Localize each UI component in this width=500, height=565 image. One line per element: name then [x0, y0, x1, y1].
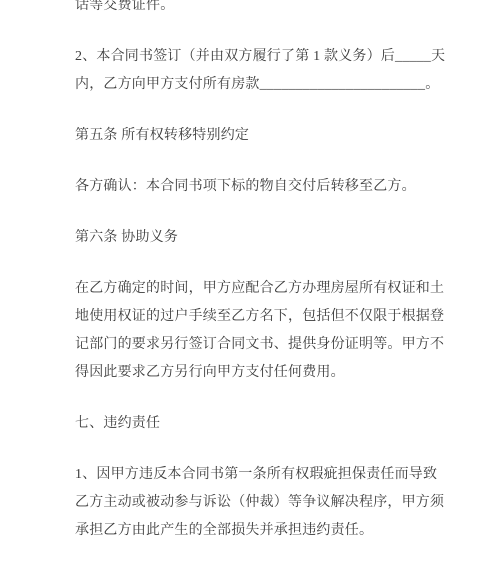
clause-breach-liability-item-1: 1、因甲方违反本合同书第一条所有权瑕疵担保责任而导致 乙方主动或被动参与诉讼（仲… [75, 461, 440, 545]
clause-ownership-transfer-confirmation: 各方确认：本合同书项下标的物自交付后转移至乙方。 [75, 173, 440, 201]
clipped-paragraph-fee-certificates: 话等交费证件。 [75, 0, 440, 20]
heading-section-7-breach-liability: 七、违约责任 [75, 410, 440, 438]
text-line: 承担乙方由此产生的全部损失并承担违约责任。 [75, 517, 440, 545]
heading-article-6-assistance-obligation: 第六条 协助义务 [75, 224, 440, 252]
text-line: 在乙方确定的时间，甲方应配合乙方办理房屋所有权证和土 [75, 275, 440, 303]
heading-article-5-ownership-transfer: 第五条 所有权转移特别约定 [75, 122, 440, 150]
text-line: 乙方主动或被动参与诉讼（仲裁）等争议解决程序，甲方须 [75, 489, 440, 517]
heading-line: 第五条 所有权转移特别约定 [75, 122, 440, 150]
heading-line: 第六条 协助义务 [75, 224, 440, 252]
text-line: 内，乙方向甲方支付所有房款_______________________。 [75, 71, 440, 99]
text-line: 记部门的要求另行签订合同文书、提供身份证明等。甲方不 [75, 331, 440, 359]
text-line: 得因此要求乙方另行向甲方支付任何费用。 [75, 359, 440, 387]
heading-line: 七、违约责任 [75, 410, 440, 438]
document-page: 话等交费证件。 2、本合同书签订（并由双方履行了第 1 款义务）后_____天 … [0, 0, 500, 565]
clause-assistance-obligation-body: 在乙方确定的时间，甲方应配合乙方办理房屋所有权证和土 地使用权证的过户手续至乙方… [75, 275, 440, 387]
text-line: 各方确认：本合同书项下标的物自交付后转移至乙方。 [75, 173, 440, 201]
text-line: 2、本合同书签订（并由双方履行了第 1 款义务）后_____天 [75, 43, 440, 71]
clause-2-payment-terms: 2、本合同书签订（并由双方履行了第 1 款义务）后_____天 内，乙方向甲方支… [75, 43, 440, 99]
text-line: 地使用权证的过户手续至乙方名下，包括但不仅限于根据登 [75, 303, 440, 331]
text-line: 1、因甲方违反本合同书第一条所有权瑕疵担保责任而导致 [75, 461, 440, 489]
text-line: 话等交费证件。 [75, 0, 440, 20]
